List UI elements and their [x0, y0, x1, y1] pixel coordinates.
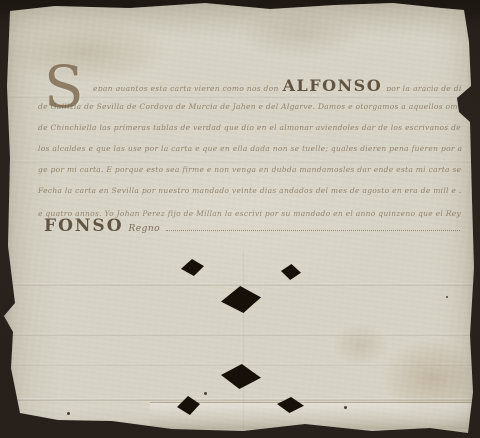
- photo-background: S epan quantos esta carta vieren como no…: [0, 0, 480, 438]
- edge-shading: [0, 0, 480, 438]
- parchment-document: S epan quantos esta carta vieren como no…: [0, 0, 480, 438]
